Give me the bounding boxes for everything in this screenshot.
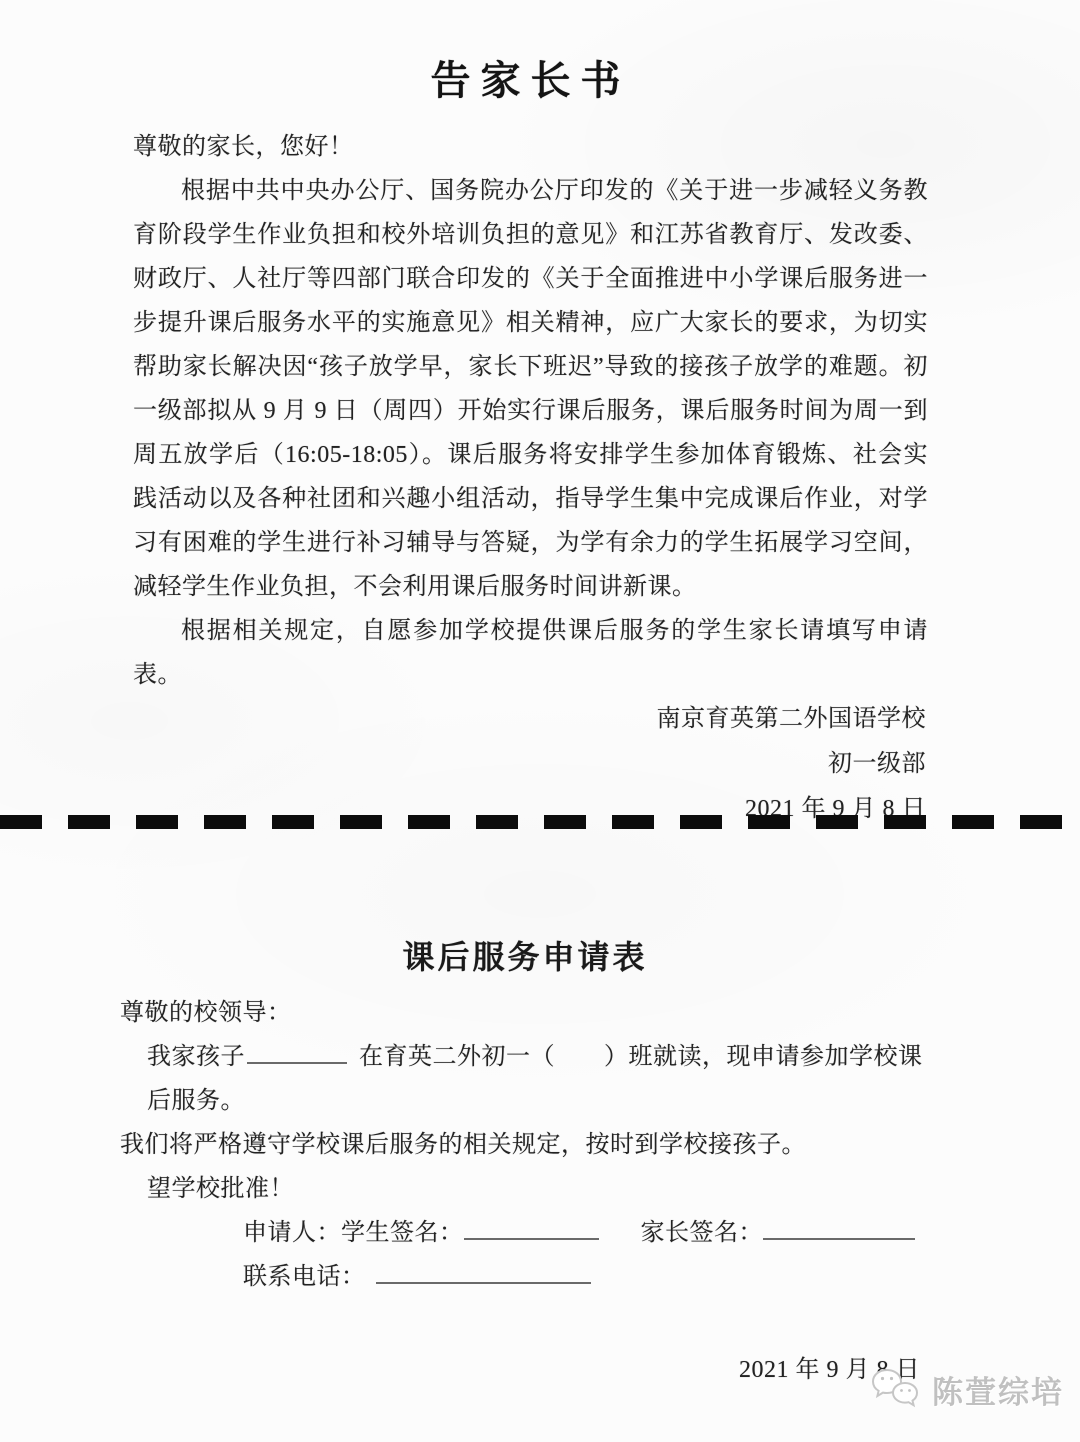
form-salutation: 尊敬的校领导： [120,991,930,1035]
child-line-prefix: 我家孩子 [147,1044,245,1070]
signature-department: 初一级部 [133,742,926,787]
watermark-label: 陈萱综培 [932,1367,1064,1412]
parent-signature-blank [763,1216,915,1240]
application-form-section: 课后服务申请表 尊敬的校领导： 我家孩子在育英二外初一（ ）班就读，现申请参加学… [120,933,930,1392]
form-approval-line: 望学校批准！ [120,1167,930,1211]
form-signature-row: 申请人：学生签名：家长签名： [120,1211,930,1255]
chat-bubbles-icon [870,1366,924,1412]
applicant-label: 申请人： [243,1220,341,1246]
parent-signature-label: 家长签名： [641,1220,764,1246]
form-child-line: 我家孩子在育英二外初一（ ）班就读，现申请参加学校课后服务。 [120,1035,930,1123]
notice-paragraph-1: 根据中共中央办公厅、国务院办公厅印发的《关于进一步减轻义务教育阶段学生作业负担和… [133,169,928,609]
notice-title: 告家长书 [133,56,928,106]
watermark: 陈萱综培 [870,1366,1064,1412]
form-phone-row: 联系电话： [120,1255,930,1299]
student-name-blank [247,1040,347,1064]
cut-dashed-line [0,815,1080,829]
notice-signature-block: 南京育英第二外国语学校 初一级部 2021 年 9 月 8 日 [133,697,928,832]
phone-label: 联系电话： [243,1264,366,1290]
form-promise-line: 我们将严格遵守学校课后服务的相关规定，按时到学校接孩子。 [120,1123,930,1167]
notice-paragraph-2: 根据相关规定，自愿参加学校提供课后服务的学生家长请填写申请表。 [133,609,928,697]
scanned-document-page: 告家长书 尊敬的家长，您好！ 根据中共中央办公厅、国务院办公厅印发的《关于进一步… [0,0,1080,1442]
notice-salutation: 尊敬的家长，您好！ [133,125,928,169]
signature-school-name: 南京育英第二外国语学校 [133,697,926,742]
form-date: 2021 年 9 月 8 日 [120,1348,930,1392]
phone-blank [376,1260,591,1284]
student-signature-label: 学生签名： [341,1220,464,1246]
form-title: 课后服务申请表 [120,933,930,981]
notice-section: 告家长书 尊敬的家长，您好！ 根据中共中央办公厅、国务院办公厅印发的《关于进一步… [133,56,928,832]
student-signature-blank [464,1216,599,1240]
